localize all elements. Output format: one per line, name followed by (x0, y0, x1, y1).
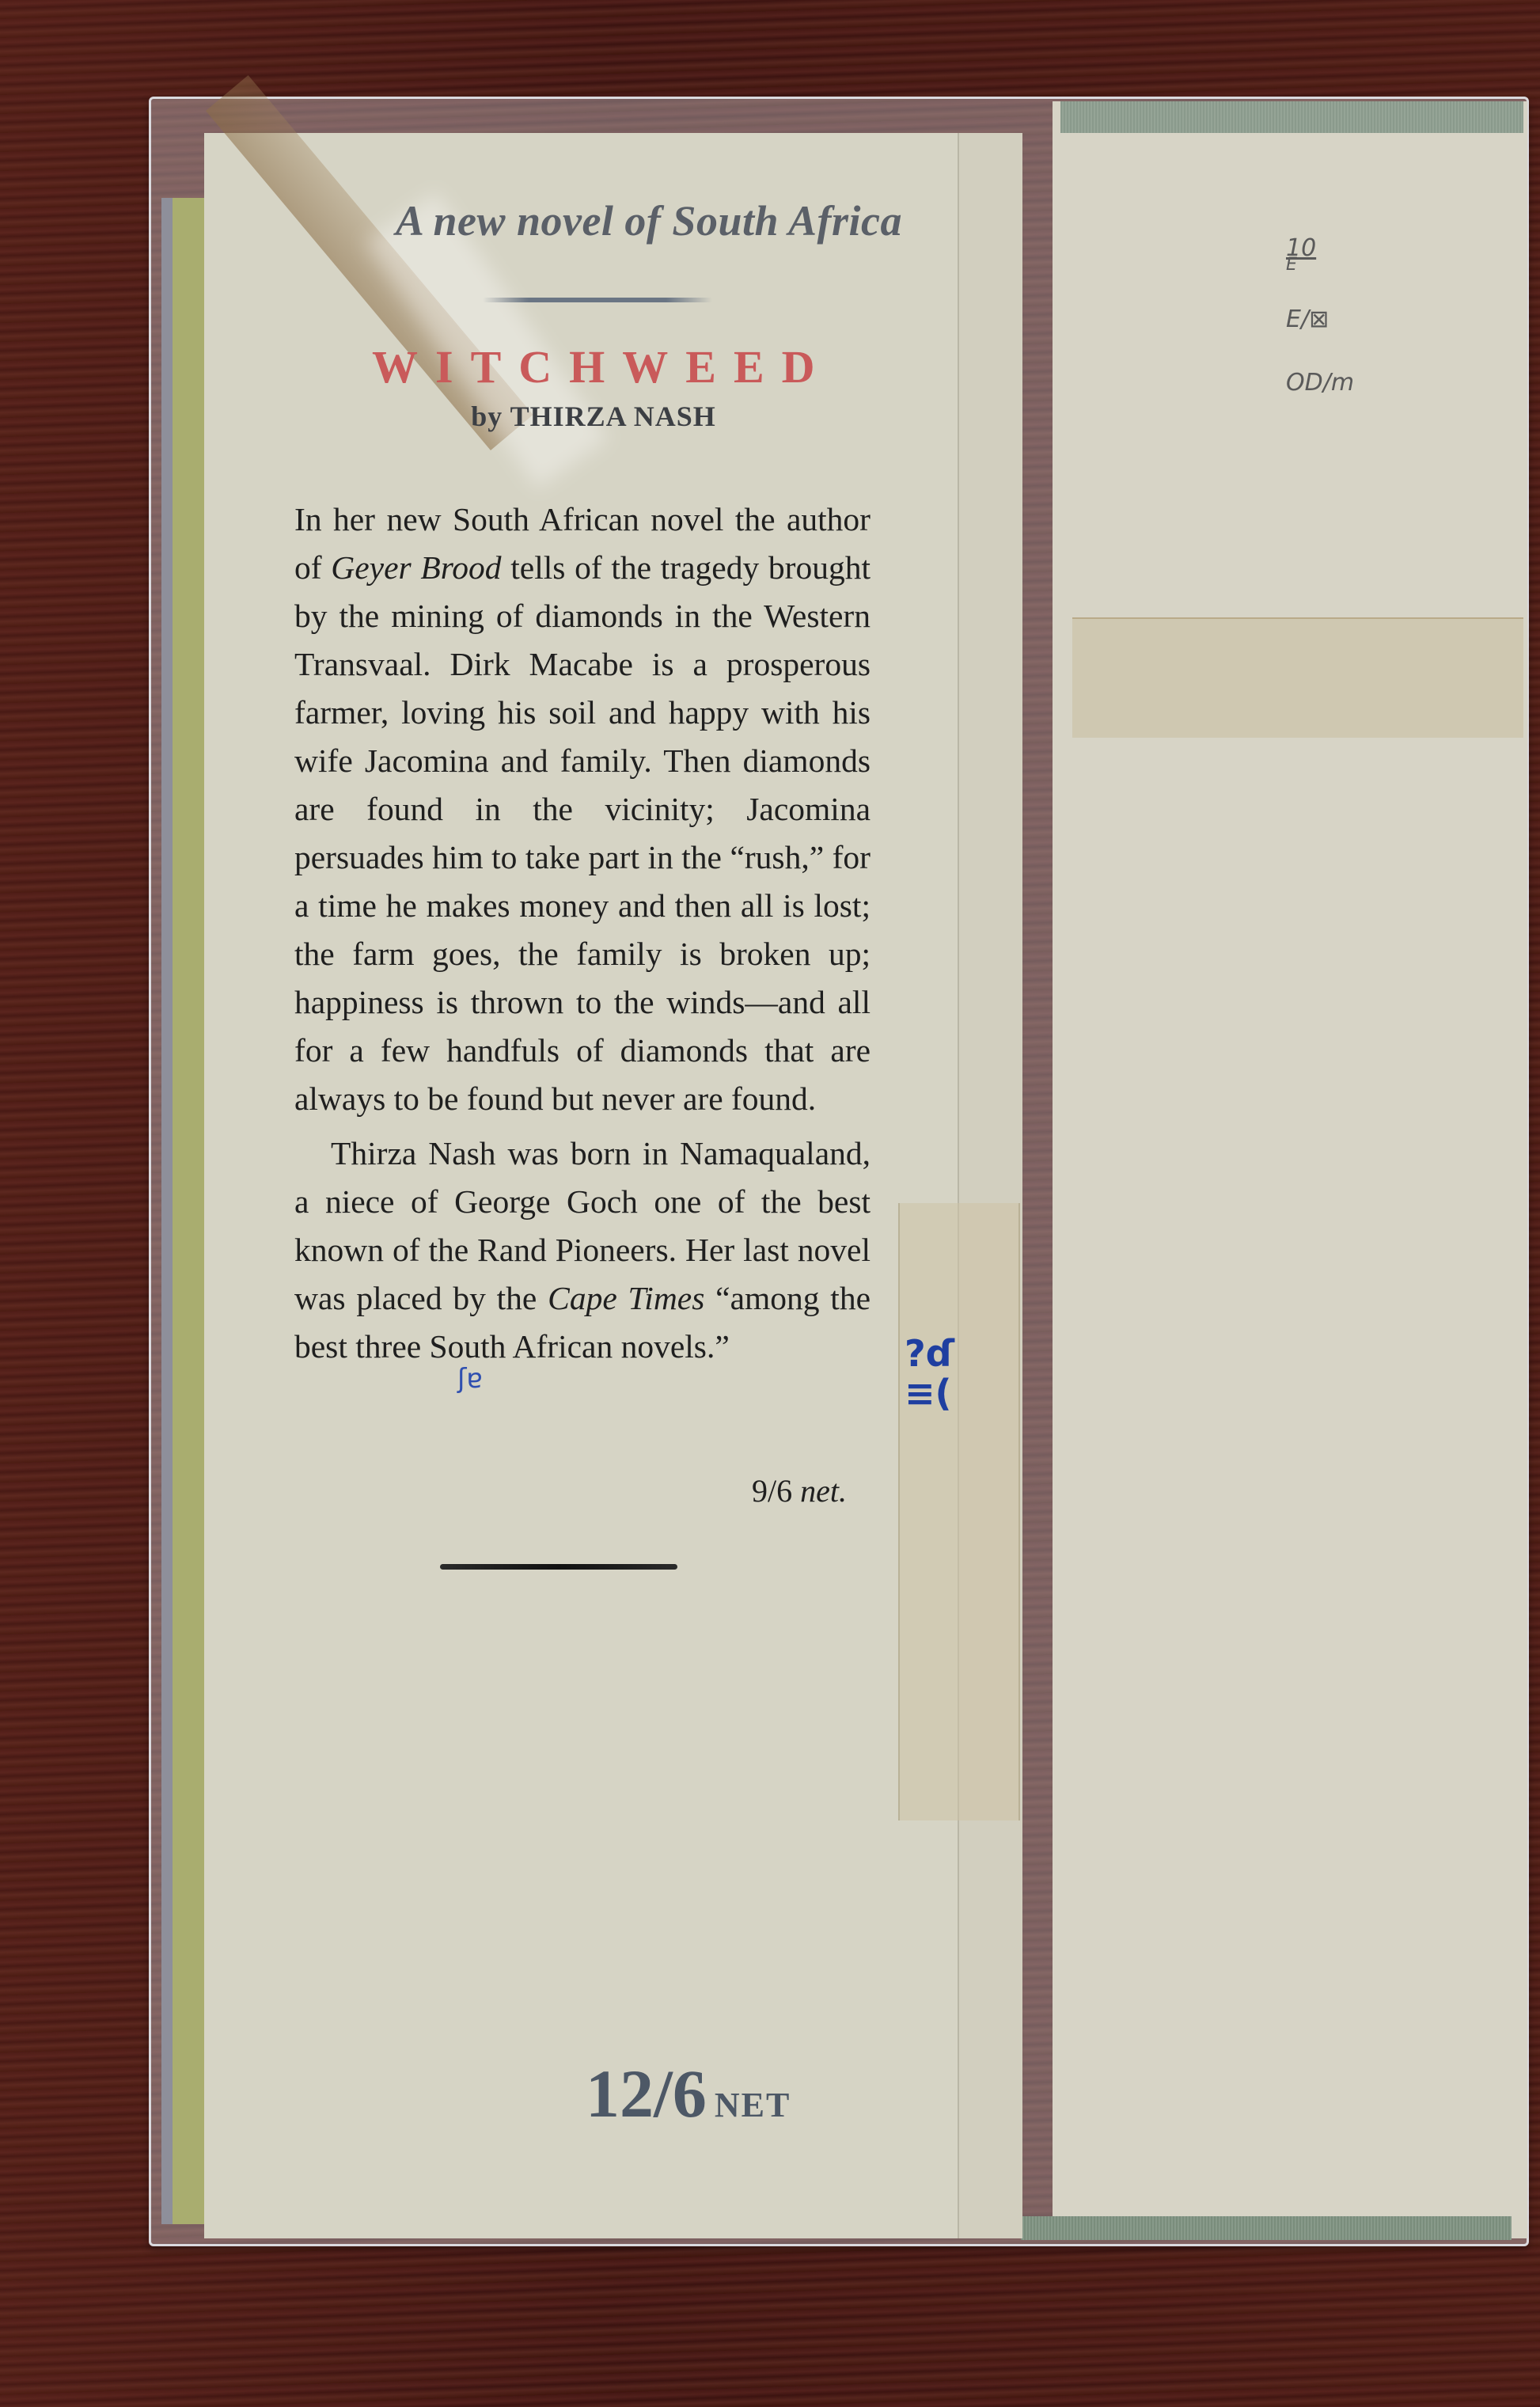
author-line: by THIRZA NASH (380, 400, 807, 433)
newspaper-name: Cape Times (548, 1280, 704, 1316)
pencil-note: OD/m (1286, 360, 1413, 406)
board-cloth-bottom-edge (1021, 2216, 1512, 2240)
ornamental-rule-bottom (440, 1564, 677, 1570)
book-title: WITCHWEED (372, 340, 815, 393)
price-label: 12/6NET (586, 2054, 791, 2133)
flap-fold-strip (958, 133, 1022, 2238)
blurb-paragraph-2: Thirza Nash was born in Namaqualand, a n… (294, 1129, 871, 1371)
previous-price: 9/6 net. (696, 1472, 847, 1509)
pencil-note: E/⊠ (1286, 297, 1413, 343)
blurb-paragraph-1: In her new South African novel the autho… (294, 495, 871, 1123)
book-back-board (1053, 101, 1527, 2238)
ornamental-rule-top (483, 298, 712, 302)
board-cloth-top-edge (1060, 101, 1523, 133)
blurb-text: In her new South African novel the autho… (294, 495, 871, 1371)
flap-tagline: A new novel of South Africa (301, 196, 902, 245)
previous-book-title: Geyer Brood (331, 549, 501, 586)
pencil-notes: 10 E E/⊠ OD/m (1286, 226, 1413, 406)
ink-mark-on-tape: ?ɗ ≡( (905, 1334, 976, 1413)
tape-strip-vertical (898, 1203, 1020, 1820)
tape-strip-board (1072, 617, 1523, 738)
ink-mark-inline: ʃɐ (457, 1363, 483, 1395)
